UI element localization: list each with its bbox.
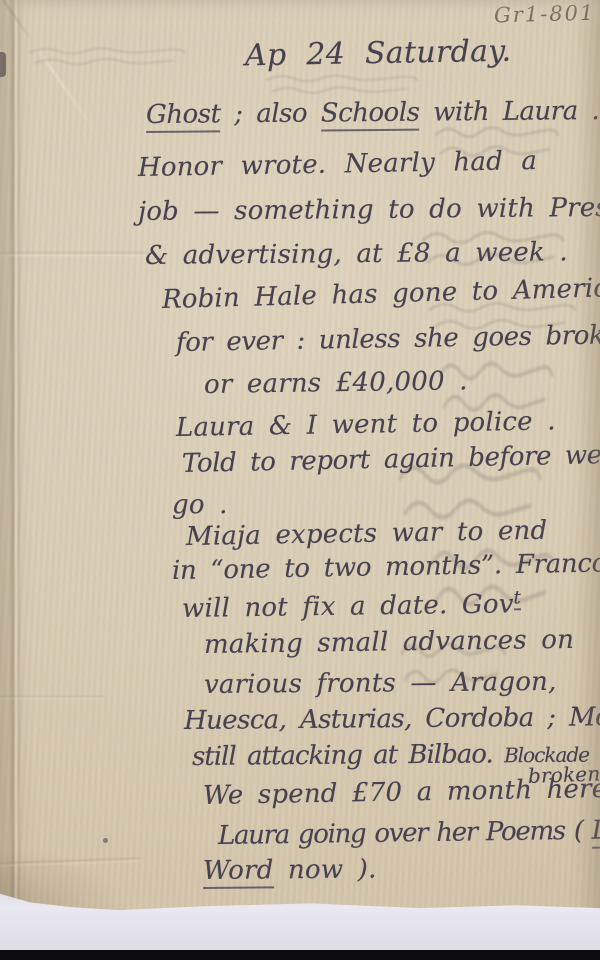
diary-text-segment: various fronts — Aragon,	[204, 667, 557, 700]
diary-text-segment: go .	[172, 490, 228, 520]
paper-crease	[0, 696, 105, 699]
scanned-diary-page: Gr1-801 Ap 24 Saturday. Ghost ; also Sch…	[0, 0, 600, 960]
diary-line: Laura going over her Poems ( Lying	[218, 815, 600, 851]
bleed-through-mark	[262, 72, 422, 98]
diary-line: or earns £40,000 .	[204, 366, 468, 400]
diary-text-segment: Huesca, Asturias, Cordoba ; Mola	[184, 702, 600, 736]
diary-line: go .	[172, 490, 228, 520]
diary-text-segment: Ghost	[146, 99, 221, 133]
diary-text-segment: job — something to do with Press,	[138, 193, 600, 227]
bleed-through-mark	[25, 45, 190, 69]
diary-line: job — something to do with Press,	[138, 193, 600, 227]
ink-dot	[103, 838, 108, 843]
diary-text-segment: will not fix a date. Gov	[182, 589, 514, 624]
diary-line: Laura & I went to police .	[176, 406, 556, 443]
diary-text-segment: Miaja expects war to end	[186, 516, 548, 552]
diary-text-segment: Told to report again before we	[182, 440, 600, 479]
diary-text-segment: in “one to two months”. Franco	[172, 548, 600, 586]
diary-text-segment: now ).	[273, 854, 376, 885]
diary-line: for ever : unless she goes broke	[176, 320, 600, 358]
diary-text-segment: still attacking at Bilbao.	[192, 739, 504, 772]
diary-text-segment: Lying	[591, 815, 600, 849]
paper-crease	[0, 0, 99, 136]
diary-text-segment: Laura going over her Poems (	[218, 816, 592, 851]
diary-line: We spend £70 a month here .	[203, 774, 600, 811]
diary-text-segment: Robin Hale has gone to America	[162, 273, 600, 315]
diary-text-segment: with Laura .	[419, 96, 599, 128]
diary-line: & advertising, at £8 a week .	[145, 237, 568, 271]
paper-crease	[9, 0, 21, 905]
diary-line: various fronts — Aragon,	[204, 667, 557, 700]
ink-edge-mark	[0, 52, 6, 77]
diary-text-segment: ; also	[220, 98, 321, 129]
diary-line: Huesca, Asturias, Cordoba ; Mola	[184, 702, 600, 736]
diary-text-segment: t	[513, 587, 521, 610]
diary-line: Word now ).	[203, 854, 377, 886]
diary-line: Miaja expects war to end	[186, 516, 548, 552]
diary-text-segment: for ever : unless she goes broke	[176, 320, 600, 358]
diary-page-paper: Gr1-801 Ap 24 Saturday. Ghost ; also Sch…	[0, 0, 600, 960]
diary-line: making small advances on	[204, 625, 574, 660]
diary-text-segment: Schools	[321, 98, 420, 132]
diary-text-segment: or earns £40,000 .	[204, 366, 468, 400]
diary-text-segment: Honor wrote. Nearly had a	[138, 146, 538, 183]
diary-line: Ghost ; also Schools with Laura .	[146, 96, 599, 130]
diary-text-segment: Laura & I went to police .	[176, 406, 556, 443]
paper-crease	[0, 252, 155, 256]
diary-text-segment: & advertising, at £8 a week .	[145, 237, 568, 271]
diary-line: Told to report again before we	[182, 440, 600, 479]
paper-corner-shadow	[0, 820, 180, 910]
diary-text-segment: We spend £70 a month here .	[203, 774, 600, 811]
diary-text-segment: Word	[203, 855, 274, 889]
paper-crease	[0, 858, 140, 867]
diary-line: will not fix a date. Govt	[182, 587, 521, 624]
diary-line: Robin Hale has gone to America	[162, 273, 600, 315]
diary-date-heading: Ap 24 Saturday.	[245, 34, 512, 74]
diary-line: in “one to two months”. Franco	[172, 548, 600, 586]
archive-reference: Gr1-801	[494, 1, 596, 28]
diary-line: Honor wrote. Nearly had a	[138, 146, 538, 183]
diary-text-segment: making small advances on	[204, 625, 574, 660]
